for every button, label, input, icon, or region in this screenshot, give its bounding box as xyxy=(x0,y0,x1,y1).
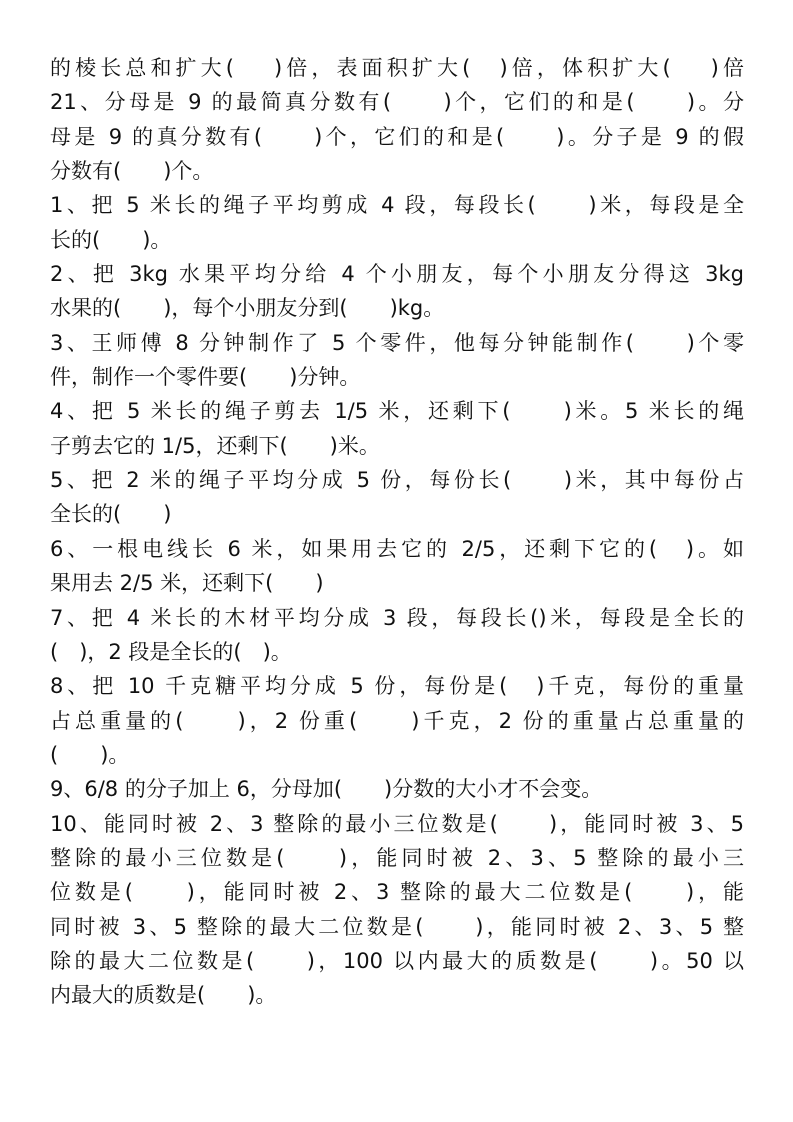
question-6: 6、一根电线长 6 米，如果用去它的 2/5，还剩下它的( )。如 果用去 2/… xyxy=(50,532,744,601)
question-4: 4、把 5 米长的绳子剪去 1/5 米，还剩下( )米。5 米长的绳 子剪去它的… xyxy=(50,394,744,463)
text-line: 10、能同时被 2、3 整除的最小三位数是( )，能同时被 3、5 xyxy=(50,807,744,841)
question-3: 3、王师傅 8 分钟制作了 5 个零件，他每分钟能制作( )个零 件，制作一个零… xyxy=(50,326,744,395)
text-line: 分数有( )个。 xyxy=(50,154,744,188)
question-2: 2、把 3kg 水果平均分给 4 个小朋友，每个小朋友分得这 3kg 水果的( … xyxy=(50,257,744,326)
text-line: 2、把 3kg 水果平均分给 4 个小朋友，每个小朋友分得这 3kg xyxy=(50,257,744,291)
text-line: ( )，2 段是全长的( )。 xyxy=(50,635,744,669)
text-line: 1、把 5 米长的绳子平均剪成 4 段，每段长( )米，每段是全 xyxy=(50,188,744,222)
question-10: 10、能同时被 2、3 整除的最小三位数是( )，能同时被 3、5 整除的最小三… xyxy=(50,807,744,1013)
text-line: 件，制作一个零件要( )分钟。 xyxy=(50,360,744,394)
question-1: 1、把 5 米长的绳子平均剪成 4 段，每段长( )米，每段是全 长的( )。 xyxy=(50,188,744,257)
text-line: 位数是( )，能同时被 2、3 整除的最大二位数是( )，能 xyxy=(50,875,744,909)
text-line: 除的最大二位数是( )，100 以内最大的质数是( )。50 以 xyxy=(50,944,744,978)
text-line: 整除的最小三位数是( )，能同时被 2、3、5 整除的最小三 xyxy=(50,841,744,875)
text-line: 子剪去它的 1/5，还剩下( )米。 xyxy=(50,429,744,463)
text-line: 3、王师傅 8 分钟制作了 5 个零件，他每分钟能制作( )个零 xyxy=(50,326,744,360)
text-line: 7、把 4 米长的木材平均分成 3 段，每段长()米，每段是全长的 xyxy=(50,601,744,635)
text-line: 的棱长总和扩大( )倍，表面积扩大( )倍，体积扩大( )倍 xyxy=(50,51,744,85)
text-line: 5、把 2 米的绳子平均分成 5 份，每份长( )米，其中每份占 xyxy=(50,463,744,497)
worksheet-page: 的棱长总和扩大( )倍，表面积扩大( )倍，体积扩大( )倍 21、分母是 9 … xyxy=(50,51,744,1013)
question-5: 5、把 2 米的绳子平均分成 5 份，每份长( )米，其中每份占 全长的( ) xyxy=(50,463,744,532)
text-line: 4、把 5 米长的绳子剪去 1/5 米，还剩下( )米。5 米长的绳 xyxy=(50,394,744,428)
question-9: 9、6/8 的分子加上 6，分母加( )分数的大小才不会变。 xyxy=(50,772,744,806)
text-line: 占总重量的( )，2 份重( )千克，2 份的重量占总重量的 xyxy=(50,704,744,738)
text-line: 9、6/8 的分子加上 6，分母加( )分数的大小才不会变。 xyxy=(50,772,744,806)
text-line: 水果的( )，每个小朋友分到( )kg。 xyxy=(50,291,744,325)
text-line: 母是 9 的真分数有( )个，它们的和是( )。分子是 9 的假 xyxy=(50,120,744,154)
text-line: 21、分母是 9 的最简真分数有( )个，它们的和是( )。分 xyxy=(50,85,744,119)
text-line: 8、把 10 千克糖平均分成 5 份，每份是( )千克，每份的重量 xyxy=(50,669,744,703)
text-line: 内最大的质数是( )。 xyxy=(50,978,744,1012)
question-21: 21、分母是 9 的最简真分数有( )个，它们的和是( )。分 母是 9 的真分… xyxy=(50,85,744,188)
text-line: ( )。 xyxy=(50,738,744,772)
text-line: 果用去 2/5 米，还剩下( ) xyxy=(50,566,744,600)
question-continuation: 的棱长总和扩大( )倍，表面积扩大( )倍，体积扩大( )倍 xyxy=(50,51,744,85)
question-7: 7、把 4 米长的木材平均分成 3 段，每段长()米，每段是全长的 ( )，2 … xyxy=(50,601,744,670)
text-line: 全长的( ) xyxy=(50,497,744,531)
text-line: 长的( )。 xyxy=(50,223,744,257)
text-line: 6、一根电线长 6 米，如果用去它的 2/5，还剩下它的( )。如 xyxy=(50,532,744,566)
text-line: 同时被 3、5 整除的最大二位数是( )，能同时被 2、3、5 整 xyxy=(50,910,744,944)
question-8: 8、把 10 千克糖平均分成 5 份，每份是( )千克，每份的重量 占总重量的(… xyxy=(50,669,744,772)
